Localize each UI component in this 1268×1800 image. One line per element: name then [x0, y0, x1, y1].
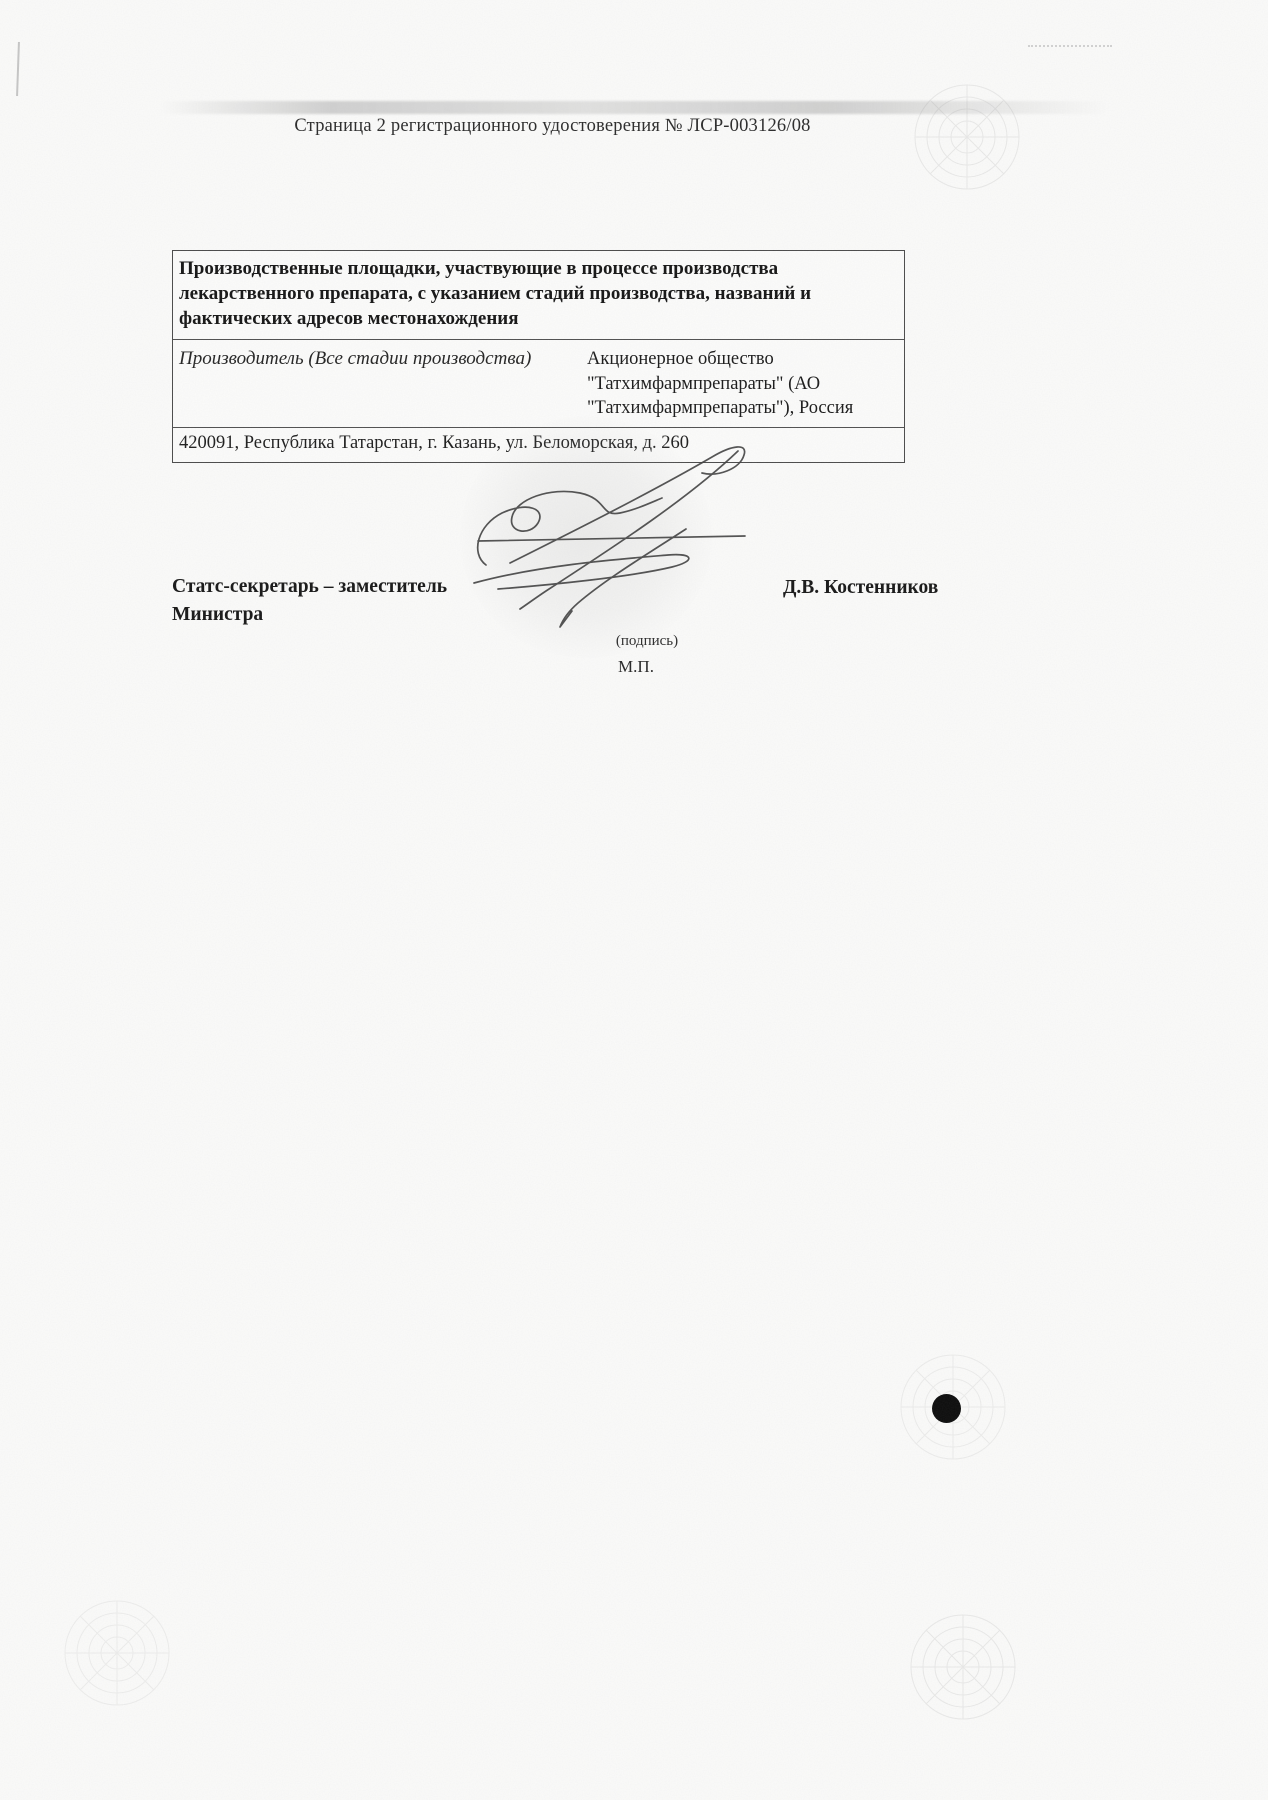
- table-header-text: Производственные площадки, участвующие в…: [179, 258, 811, 329]
- guilloche-pattern-icon: [908, 1612, 1018, 1722]
- seal-caption: М.П.: [601, 657, 671, 677]
- signer-name: Д.В. Костенников: [783, 577, 938, 599]
- table-header-row: Производственные площадки, участвующие в…: [173, 251, 904, 339]
- manufacturer-label-cell: Производитель (Все стадии производства): [179, 347, 587, 421]
- signature-caption: (подпись): [592, 633, 702, 650]
- guilloche-pattern-icon: [62, 1598, 172, 1708]
- signature-line: [478, 536, 745, 541]
- scan-edge-artifact: [16, 42, 20, 96]
- black-dot-marker: [932, 1394, 961, 1423]
- handwritten-signature-icon: [450, 413, 770, 648]
- scan-dashes-artifact: [1028, 45, 1112, 47]
- manufacturer-value-cell: Акционерное общество "Татхимфармпрепарат…: [587, 347, 898, 421]
- signer-position-title: Статс-секретарь – заместитель Министра: [172, 573, 490, 629]
- guilloche-pattern-icon: [912, 82, 1022, 192]
- scanned-document-page: Страница 2 регистрационного удостоверени…: [0, 0, 1268, 1800]
